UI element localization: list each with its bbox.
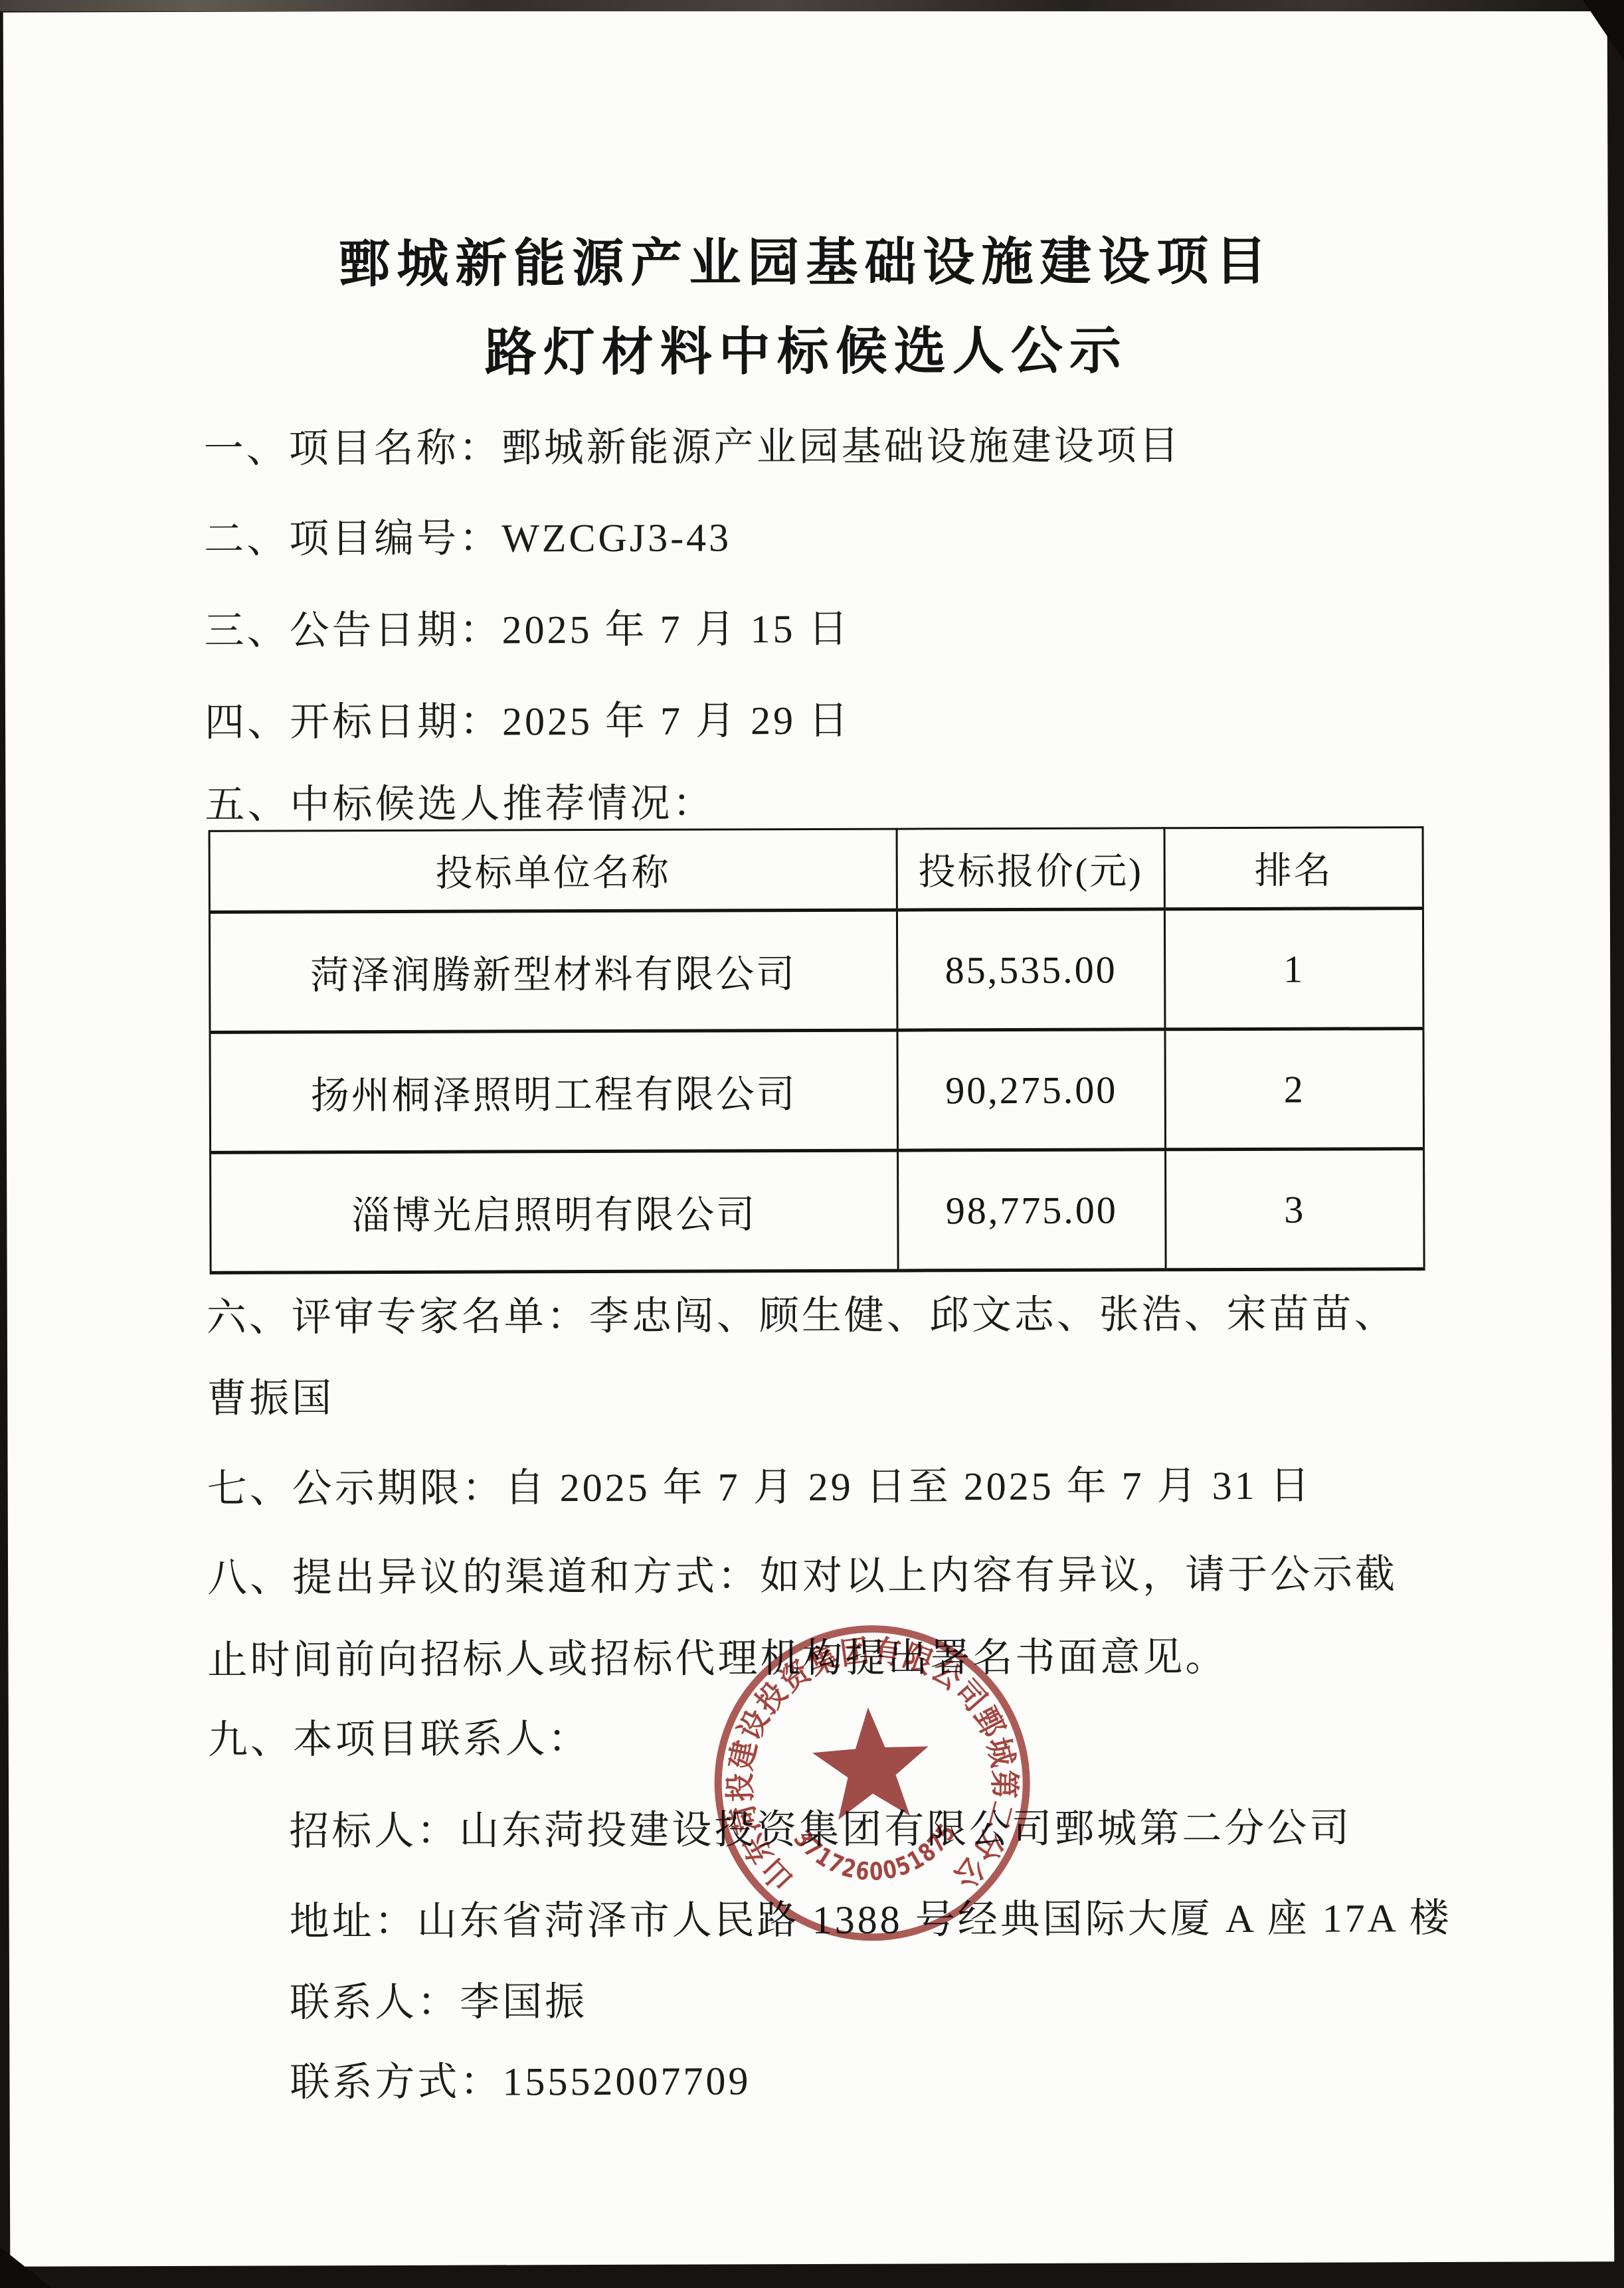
header-rank: 排名 <box>1164 828 1423 909</box>
bidder-name: 扬州桐泽照明工程有限公司 <box>210 1030 898 1152</box>
bid-price: 90,275.00 <box>897 1029 1166 1150</box>
bid-price: 85,535.00 <box>897 909 1165 1030</box>
section-project-name: 一、项目名称：鄄城新能源产业园基础设施建设项目 <box>204 414 1182 474</box>
bid-rank: 1 <box>1164 909 1423 1029</box>
scanned-photo-background: { "title": { "line1": "鄄城新能源产业园基础设施建设项目"… <box>0 0 1624 2288</box>
header-bid-price: 投标报价(元) <box>897 828 1164 910</box>
bidder-name: 菏泽润腾新型材料有限公司 <box>209 910 897 1032</box>
section-publicity-period: 七、公示期限：自 2025 年 7 月 29 日至 2025 年 7 月 31 … <box>207 1454 1312 1514</box>
section-experts-line1: 六、评审专家名单：李忠闯、顾生健、邱文志、张浩、宋苗苗、 <box>207 1282 1397 1343</box>
company-seal: 山东菏投建设投资集团有限公司鄄城第二分公司 3717260051875 <box>690 1600 1054 1964</box>
contact-person: 联系人：李国振 <box>290 1970 587 2028</box>
table-row: 扬州桐泽照明工程有限公司 90,275.00 2 <box>210 1029 1424 1153</box>
seal-registration-number: 3717260051875 <box>787 1816 965 1891</box>
bid-price: 98,775.00 <box>898 1150 1166 1271</box>
section-objection-line1: 八、提出异议的渠道和方式：如对以上内容有异议，请于公示截 <box>207 1542 1398 1603</box>
section-contact-heading: 九、本项目联系人： <box>208 1707 590 1765</box>
table-header-row: 投标单位名称 投标报价(元) 排名 <box>209 828 1423 913</box>
document-page: 鄄城新能源产业园基础设施建设项目 路灯材料中标候选人公示 一、项目名称：鄄城新能… <box>3 7 1615 2267</box>
candidates-table: 投标单位名称 投标报价(元) 排名 菏泽润腾新型材料有限公司 85,535.00… <box>209 826 1425 1275</box>
section-bid-open-date: 四、开标日期：2025 年 7 月 29 日 <box>205 689 851 748</box>
bid-rank: 2 <box>1165 1029 1424 1150</box>
section-candidates-heading: 五、中标候选人推荐情况： <box>205 771 715 830</box>
header-bidder-name: 投标单位名称 <box>209 829 897 912</box>
contact-phone: 联系方式：15552007709 <box>290 2049 751 2107</box>
bidder-name: 淄博光启照明有限公司 <box>211 1150 899 1273</box>
section-project-number: 二、项目编号：WZCGJ3-43 <box>204 505 731 564</box>
scan-top-edge <box>0 0 1624 11</box>
document-title-line1: 鄄城新能源产业园基础设施建设项目 <box>4 219 1608 298</box>
table-row: 淄博光启照明有限公司 98,775.00 3 <box>211 1149 1425 1273</box>
section-announce-date: 三、公告日期：2025 年 7 月 15 日 <box>204 597 850 656</box>
seal-star-icon <box>810 1704 932 1821</box>
section-experts-line2: 曹振国 <box>207 1366 334 1424</box>
document-title-line2: 路灯材料中标候选人公示 <box>4 308 1608 387</box>
bid-rank: 3 <box>1166 1149 1425 1270</box>
table-row: 菏泽润腾新型材料有限公司 85,535.00 1 <box>209 909 1423 1033</box>
